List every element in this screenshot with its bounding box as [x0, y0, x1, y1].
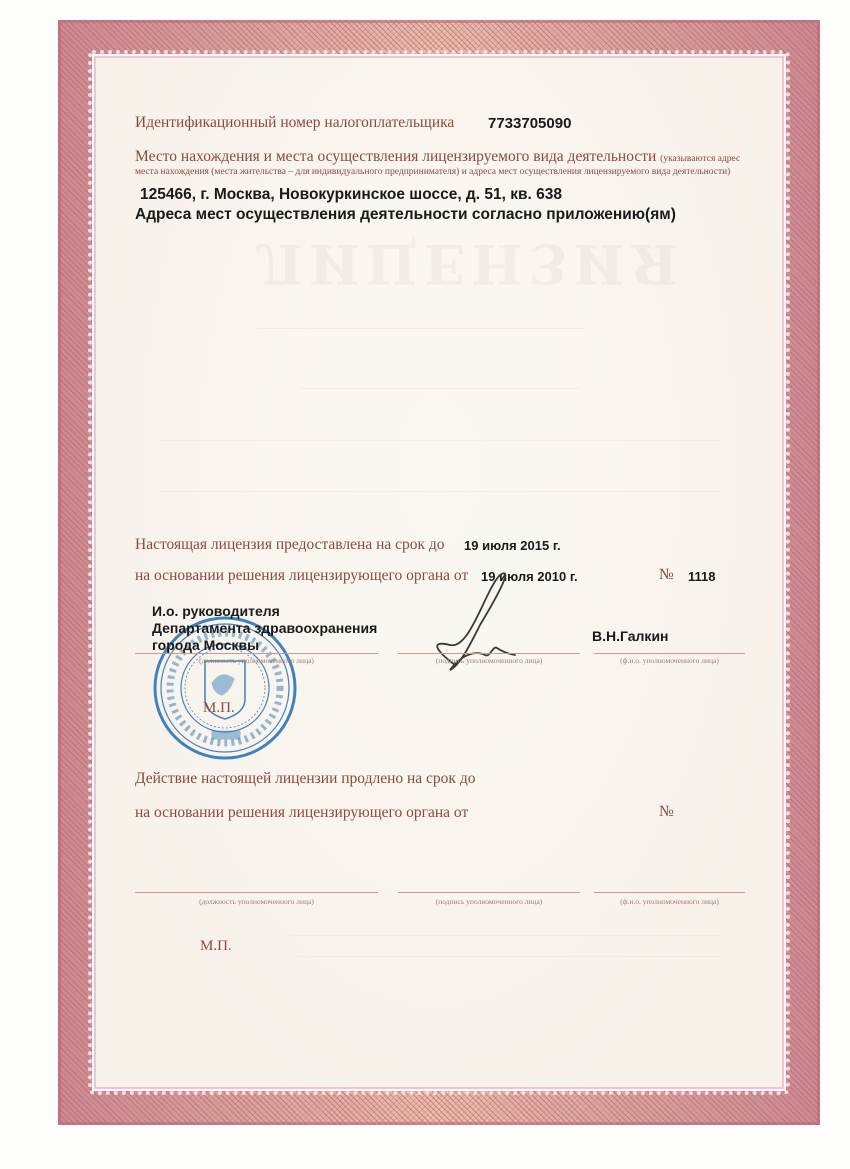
ghost-line: [300, 378, 580, 389]
caption-position: (должность уполномоченного лица): [135, 656, 378, 665]
signatory-position-line1: И.о. руководителя: [152, 603, 377, 620]
extension-seal-place-label: М.П.: [200, 938, 232, 955]
ghost-line: [255, 318, 585, 329]
inn-label: Идентификационный номер налогоплательщик…: [135, 114, 454, 132]
extension-number-sign: №: [659, 803, 674, 821]
ghost-paragraph: [160, 440, 720, 492]
decision-number-value: 1118: [688, 569, 716, 584]
extension-position-rule: [135, 892, 378, 893]
extension-name-rule: [594, 892, 745, 893]
decision-label: на основании решения лицензирующего орга…: [135, 567, 468, 585]
location-note-part2: места нахождения (места жительства – для…: [135, 167, 730, 177]
extension-caption-name: (ф.и.о. уполномоченного лица): [594, 897, 745, 906]
signature-rule: [398, 653, 580, 654]
location-label: Место нахождения и места осуществления л…: [135, 148, 740, 166]
location-label-text: Место нахождения и места осуществления л…: [135, 148, 656, 165]
position-rule: [135, 653, 378, 654]
signatory-name: В.Н.Галкин: [592, 628, 669, 644]
term-label: Настоящая лицензия предоставлена на срок…: [135, 536, 445, 554]
caption-name: (ф.и.о. уполномоченного лица): [594, 656, 745, 665]
name-rule: [594, 653, 745, 654]
ghost-title-showthrough: ЛИЦЕНЗИЯ: [255, 232, 684, 296]
signatory-position: И.о. руководителя Департамента здравоохр…: [152, 603, 377, 654]
extension-caption-position: (должность уполномоченного лица): [135, 897, 378, 906]
number-sign: №: [659, 566, 674, 584]
signatory-position-line3: города Москвы: [152, 637, 377, 654]
extension-caption-signature: (подпись уполномоченного лица): [398, 897, 580, 906]
seal-place-label: М.П.: [203, 700, 235, 717]
location-note-part1: (указываются адрес: [660, 154, 740, 164]
extension-decision-label: на основании решения лицензирующего орга…: [135, 804, 468, 822]
extension-signature-rule: [398, 892, 580, 893]
inn-value: 7733705090: [488, 115, 571, 132]
signatory-position-line2: Департамента здравоохранения: [152, 620, 377, 637]
caption-signature: (подпись уполномоченного лица): [398, 656, 580, 665]
ghost-paragraph: [290, 935, 720, 957]
term-value: 19 июля 2015 г.: [464, 538, 561, 553]
address-value: 125466, г. Москва, Новокуркинское шоссе,…: [140, 186, 562, 204]
extension-term-label: Действие настоящей лицензии продлено на …: [135, 770, 475, 788]
activity-places-value: Адреса мест осуществления деятельности с…: [135, 206, 676, 224]
